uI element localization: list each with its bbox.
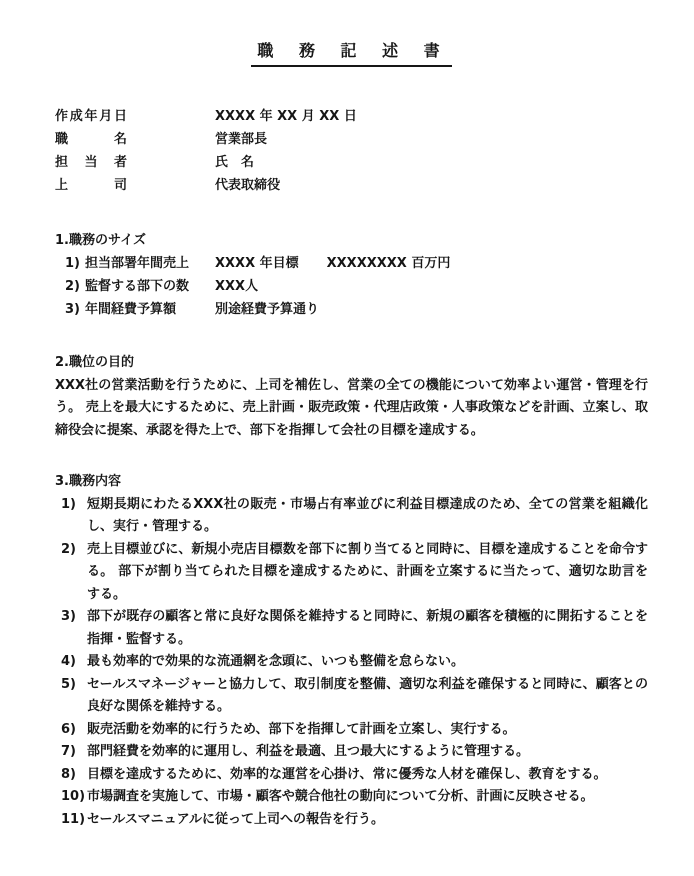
item-value: 別途経費予算通り [215,298,319,321]
field-label: 上 司 [55,174,127,197]
header-fields: 作成年月日 XXXX 年 XX 月 XX 日 職 名 営業部長 担 当 者 氏 … [55,105,648,197]
list-item: 8) 目標を達成するために、効率的な運営を心掛け、常に優秀な人材を確保し、教育を… [55,764,648,787]
item-text: 部下が既存の顧客と常に良好な関係を維持すると同時に、新規の顧客を積極的に開拓する… [87,606,648,651]
item-text: 短期長期にわたるXXX社の販売・市場占有率並びに利益目標達成のため、全ての営業を… [87,494,648,539]
field-label: 担 当 者 [55,151,127,174]
item-number: 8) [61,764,87,787]
list-item: 5) セールスマネージャーと協力して、取引制度を整備、適切な利益を確保すると同時… [55,674,648,719]
item-text: 市場調査を実施して、市場・顧客や競合他社の動向について分析、計画に反映させる。 [87,786,648,809]
item-number: 7) [61,741,87,764]
list-item: 1) 短期長期にわたるXXX社の販売・市場占有率並びに利益目標達成のため、全ての… [55,494,648,539]
item-value: XXX人 [215,275,258,298]
section2-heading: 2.職位の目的 [55,352,648,375]
list-item: 3) 年間経費予算額 別途経費予算通り [55,298,648,321]
item-number: 10) [61,786,87,809]
header-row-person: 担 当 者 氏 名 [55,151,648,174]
section1-heading: 1.職務のサイズ [55,230,648,253]
section1-items: 1) 担当部署年間売上 XXXX 年目標 XXXXXXXX 百万円 2) 監督す… [55,252,648,321]
item-value: XXXX 年目標 [215,252,299,275]
list-item: 6) 販売活動を効率的に行うため、部下を指揮して計画を立案し、実行する。 [55,719,648,742]
list-item: 2) 売上目標並びに、新規小売店目標数を部下に割り当てると同時に、目標を達成する… [55,539,648,607]
item-text: 部門経費を効率的に運用し、利益を最適、且つ最大にするように管理する。 [87,741,648,764]
list-item: 2) 監督する部下の数 XXX人 [55,275,648,298]
item-value-2: XXXXXXXX 百万円 [327,252,451,275]
item-label: 年間経費予算額 [85,298,215,321]
item-number: 6) [61,719,87,742]
item-number: 2) [65,275,85,298]
list-item: 3) 部下が既存の顧客と常に良好な関係を維持すると同時に、新規の顧客を積極的に開… [55,606,648,651]
item-text: 目標を達成するために、効率的な運営を心掛け、常に優秀な人材を確保し、教育をする。 [87,764,648,787]
field-value: XXXX 年 XX 月 XX 日 [215,105,357,128]
section2-paragraph: XXX社の営業活動を行うために、上司を補佐し、営業の全ての機能について効率よい運… [55,375,648,443]
item-number: 5) [61,674,87,719]
item-number: 2) [61,539,87,607]
item-number: 11) [61,809,87,832]
item-text: セールスマネージャーと協力して、取引制度を整備、適切な利益を確保すると同時に、顧… [87,674,648,719]
header-row-created-date: 作成年月日 XXXX 年 XX 月 XX 日 [55,105,648,128]
list-item: 1) 担当部署年間売上 XXXX 年目標 XXXXXXXX 百万円 [55,252,648,275]
section3-heading: 3.職務内容 [55,471,648,494]
item-number: 1) [61,494,87,539]
field-value: 氏 名 [215,151,254,174]
field-label: 作成年月日 [55,105,127,128]
list-item: 4) 最も効率的で効果的な流通網を念頭に、いつも整備を怠らない。 [55,651,648,674]
title-area: 職 務 記 述 書 [55,40,648,67]
item-text: 販売活動を効率的に行うため、部下を指揮して計画を立案し、実行する。 [87,719,648,742]
list-item: 10) 市場調査を実施して、市場・顧客や競合他社の動向について分析、計画に反映さ… [55,786,648,809]
item-text: 売上目標並びに、新規小売店目標数を部下に割り当てると同時に、目標を達成することを… [87,539,648,607]
document-title: 職 務 記 述 書 [251,40,451,67]
section3-items: 1) 短期長期にわたるXXX社の販売・市場占有率並びに利益目標達成のため、全ての… [55,494,648,832]
item-text: セールスマニュアルに従って上司への報告を行う。 [87,809,648,832]
field-label: 職 名 [55,128,127,151]
header-row-job-title: 職 名 営業部長 [55,128,648,151]
item-label: 監督する部下の数 [85,275,215,298]
field-value: 営業部長 [215,128,267,151]
item-number: 3) [61,606,87,651]
item-number: 3) [65,298,85,321]
document-page: 職 務 記 述 書 作成年月日 XXXX 年 XX 月 XX 日 職 名 営業部… [0,0,694,876]
item-label: 担当部署年間売上 [85,252,215,275]
list-item: 11) セールスマニュアルに従って上司への報告を行う。 [55,809,648,832]
list-item: 7) 部門経費を効率的に運用し、利益を最適、且つ最大にするように管理する。 [55,741,648,764]
item-number: 4) [61,651,87,674]
item-number: 1) [65,252,85,275]
header-row-supervisor: 上 司 代表取締役 [55,174,648,197]
item-text: 最も効率的で効果的な流通網を念頭に、いつも整備を怠らない。 [87,651,648,674]
field-value: 代表取締役 [215,174,280,197]
